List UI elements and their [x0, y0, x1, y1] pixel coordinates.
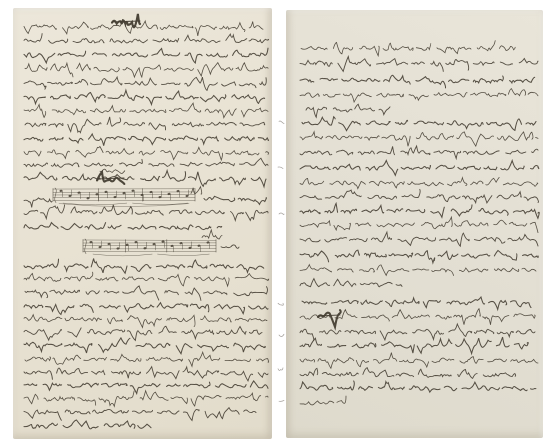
manuscript-page-right: [286, 10, 543, 438]
page-edge-ink-mark: [278, 167, 283, 169]
page-edge-ink-mark: [279, 334, 284, 336]
page-edge-ink-mark: [278, 368, 283, 371]
page-edge-ink-mark: [278, 303, 283, 305]
page-edge-ink-mark: [279, 121, 284, 124]
letter-photograph: [0, 0, 555, 446]
manuscript-page-left: [13, 8, 272, 439]
page-edge-ink-mark: [279, 213, 284, 215]
page-edge-ink-mark: [279, 400, 284, 401]
